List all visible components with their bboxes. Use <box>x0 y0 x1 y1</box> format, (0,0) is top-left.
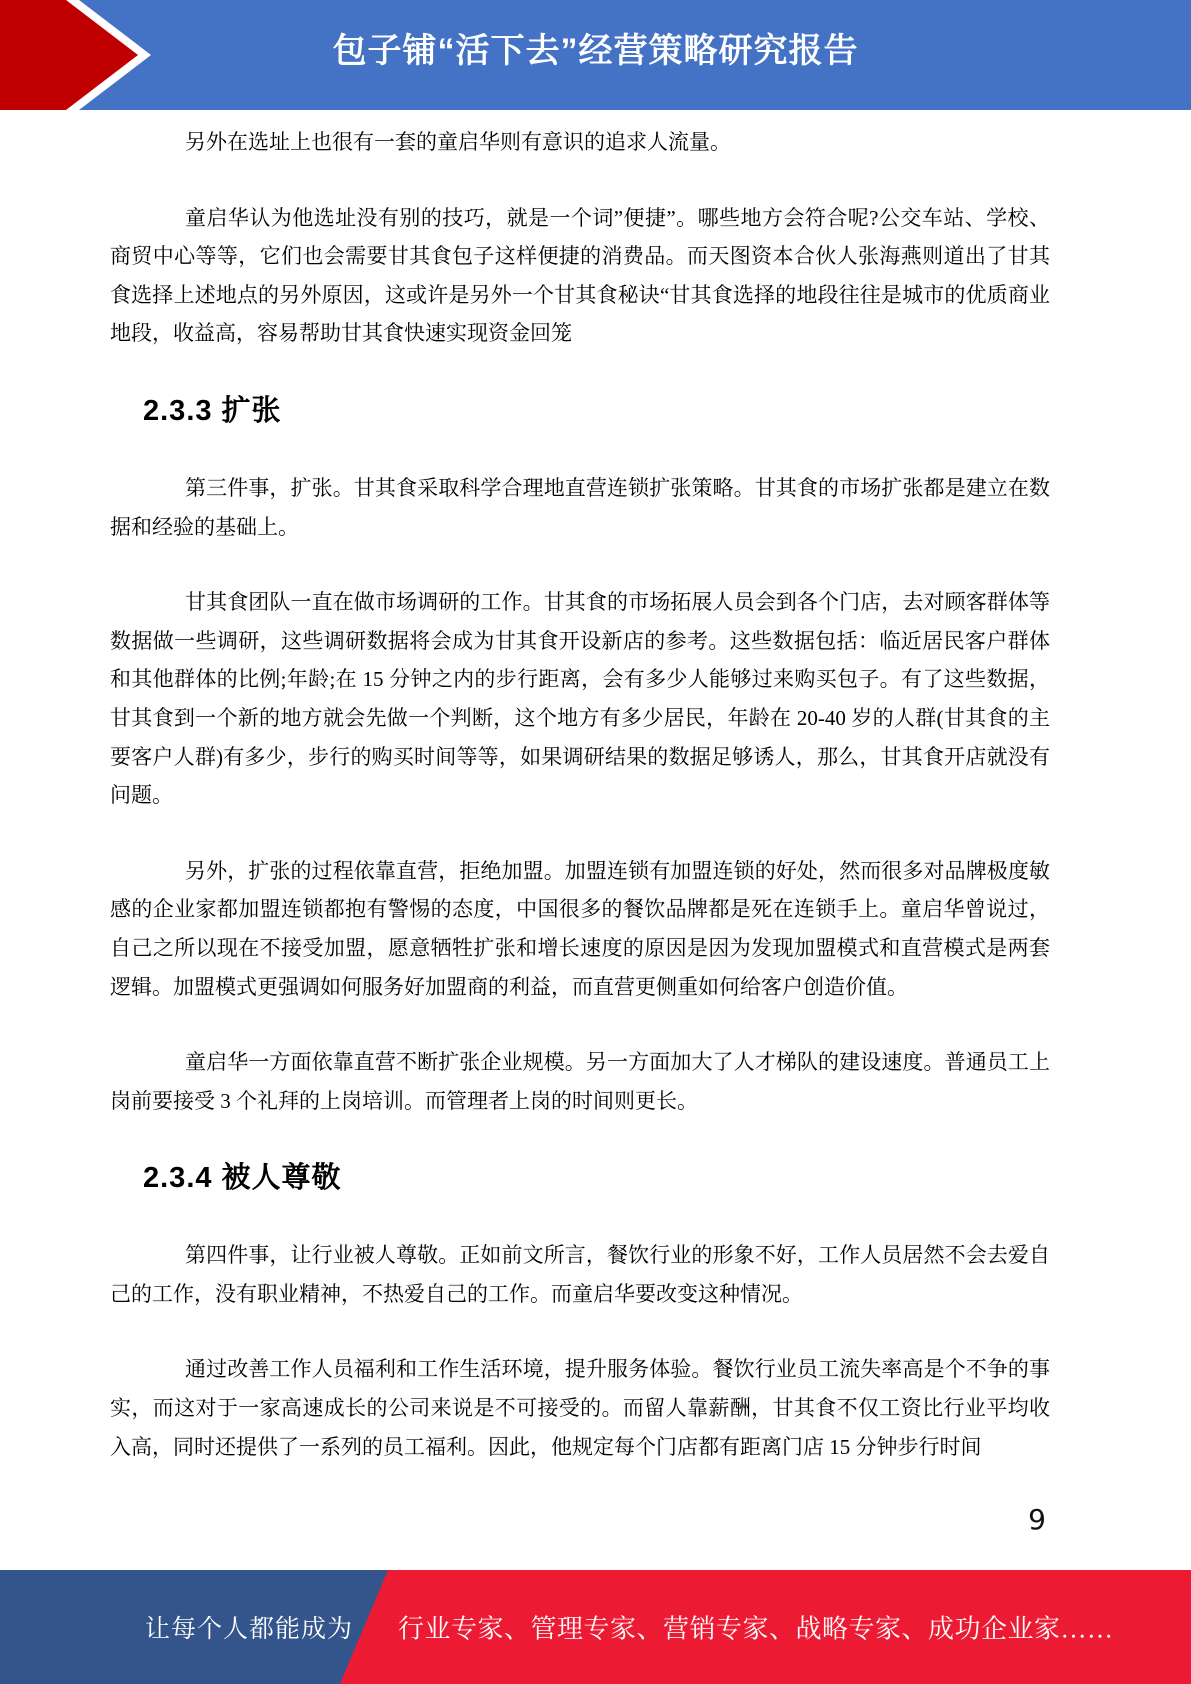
body-paragraph: 另外在选址上也很有一套的童启华则有意识的追求人流量。 <box>110 123 1050 162</box>
body-paragraph: 第三件事，扩张。甘其食采取科学合理地直营连锁扩张策略。甘其食的市场扩张都是建立在… <box>110 469 1050 546</box>
footer-tagline-left: 让每个人都能成为 <box>145 1609 353 1645</box>
section-heading-2-3-3: 2.3.3 扩张 <box>143 390 1050 432</box>
body-paragraph: 第四件事，让行业被人尊敬。正如前文所言，餐饮行业的形象不好，工作人员居然不会去爱… <box>110 1236 1050 1313</box>
body-paragraph: 另外，扩张的过程依靠直营，拒绝加盟。加盟连锁有加盟连锁的好处，然而很多对品牌极度… <box>110 852 1050 1006</box>
footer-tagline-right: 行业专家、管理专家、营销专家、战略专家、成功企业家…… <box>398 1609 1114 1646</box>
header-banner: 包子铺“活下去”经营策略研究报告 <box>0 0 1191 110</box>
page-number: 9 <box>110 1503 1050 1536</box>
footer-banner: 让每个人都能成为 行业专家、管理专家、营销专家、战略专家、成功企业家…… <box>0 1570 1191 1684</box>
body-paragraph: 童启华一方面依靠直营不断扩张企业规模。另一方面加大了人才梯队的建设速度。普通员工… <box>110 1043 1050 1120</box>
report-page: 包子铺“活下去”经营策略研究报告 另外在选址上也很有一套的童启华则有意识的追求人… <box>0 0 1191 1684</box>
report-title: 包子铺“活下去”经营策略研究报告 <box>0 0 1191 110</box>
body-paragraph: 甘其食团队一直在做市场调研的工作。甘其食的市场拓展人员会到各个门店，去对顾客群体… <box>110 583 1050 815</box>
page-body: 另外在选址上也很有一套的童启华则有意识的追求人流量。 童启华认为他选址没有别的技… <box>0 110 1191 1536</box>
body-paragraph: 童启华认为他选址没有别的技巧，就是一个词”便捷”。哪些地方会符合呢?公交车站、学… <box>110 199 1050 353</box>
body-paragraph: 通过改善工作人员福利和工作生活环境，提升服务体验。餐饮行业员工流失率高是个不争的… <box>110 1350 1050 1466</box>
section-heading-2-3-4: 2.3.4 被人尊敬 <box>143 1157 1050 1199</box>
